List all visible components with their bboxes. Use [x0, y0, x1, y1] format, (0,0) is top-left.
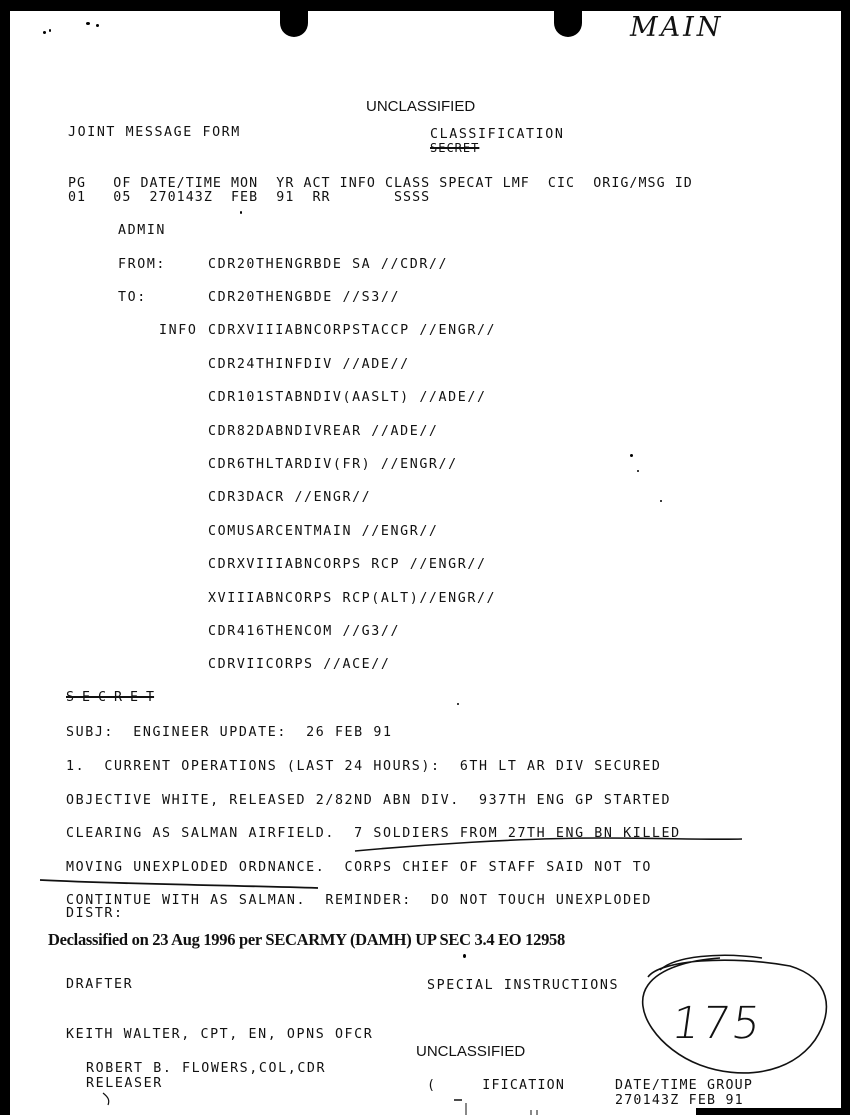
underline-stroke	[40, 880, 318, 888]
top-classification: UNCLASSIFIED	[366, 99, 475, 115]
info-label: INFO	[159, 323, 197, 338]
struck-classification: S E C R E T	[66, 690, 154, 705]
body-line: 1. CURRENT OPERATIONS (LAST 24 HOURS): 6…	[66, 759, 662, 774]
body-line: OBJECTIVE WHITE, RELEASED 2/82ND ABN DIV…	[66, 793, 671, 808]
info-recipient: XVIIIABNCORPS RCP(ALT)//ENGR//	[208, 591, 496, 606]
scan-border-top	[0, 0, 850, 11]
body-line: CLEARING AS SALMAN AIRFIELD. 7 SOLDIERS …	[66, 826, 681, 841]
info-recipient: CDR6THLTARDIV(FR) //ENGR//	[208, 457, 458, 472]
scan-border-left	[0, 0, 10, 1115]
info-recipient: CDR3DACR //ENGR//	[208, 490, 371, 505]
scan-speck	[96, 24, 99, 27]
punch-hole-right	[554, 11, 582, 37]
scan-speck	[637, 470, 639, 472]
scan-speck	[630, 454, 633, 457]
info-recipient: CDRVIICORPS //ACE//	[208, 657, 391, 672]
scan-speck	[660, 500, 662, 502]
scan-speck	[43, 31, 46, 34]
info-recipient: CDR24THINFDIV //ADE//	[208, 357, 410, 372]
info-recipient: COMUSARCENTMAIN //ENGR//	[208, 524, 439, 539]
scan-speck	[463, 954, 466, 958]
scan-speck	[457, 703, 459, 705]
scan-speck	[240, 211, 242, 214]
info-recipient: CDRXVIIIABNCORPS RCP //ENGR//	[208, 557, 487, 572]
form-title: JOINT MESSAGE FORM	[68, 125, 241, 140]
declassification-stamp: Declassified on 23 Aug 1996 per SECARMY …	[48, 931, 565, 949]
drafter-name: KEITH WALTER, CPT, EN, OPNS OFCR	[66, 1027, 373, 1042]
releaser-name: ROBERT B. FLOWERS,COL,CDR	[86, 1061, 326, 1076]
distr-label: DISTR:	[66, 906, 124, 921]
info-recipient: CDR416THENCOM //G3//	[208, 624, 400, 639]
bottom-classification: UNCLASSIFIED	[416, 1044, 525, 1060]
body-line: MOVING UNEXPLODED ORDNANCE. CORPS CHIEF …	[66, 860, 652, 875]
to-value: CDR20THENGBDE //S3//	[208, 290, 400, 305]
date-time-group-label: DATE/TIME GROUP	[615, 1078, 753, 1093]
message-field-values: 01 05 270143Z FEB 91 RR SSSS	[68, 190, 430, 205]
pen-mark	[531, 1110, 537, 1115]
scan-border-right	[841, 0, 850, 1115]
from-value: CDR20THENGRBDE SA //CDR//	[208, 257, 448, 272]
classification-label: CLASSIFICATION	[430, 127, 564, 142]
info-recipient: CDR82DABNDIVREAR //ADE//	[208, 424, 439, 439]
to-label: TO:	[118, 290, 147, 305]
releaser-label: RELEASER	[86, 1076, 163, 1091]
handwritten-page-number: 175	[668, 998, 765, 1049]
pen-mark	[103, 1093, 109, 1105]
scan-edge-bar	[696, 1108, 841, 1115]
admin-label: ADMIN	[118, 223, 166, 238]
special-instructions-label: SPECIAL INSTRUCTIONS	[427, 978, 619, 993]
from-label: FROM:	[118, 257, 166, 272]
scan-speck	[86, 22, 90, 25]
message-field-headers: PG OF DATE/TIME MON YR ACT INFO CLASS SP…	[68, 176, 693, 191]
info-recipient: CDRXVIIIABNCORPSTACCP //ENGR//	[208, 323, 496, 338]
drafter-label: DRAFTER	[66, 977, 133, 992]
scan-speck	[49, 29, 51, 32]
classification-partial: ( IFICATION	[427, 1078, 565, 1093]
info-recipient: CDR101STABNDIV(AASLT) //ADE//	[208, 390, 487, 405]
handwritten-main-label: MAIN	[630, 12, 723, 43]
subject-line: SUBJ: ENGINEER UPDATE: 26 FEB 91	[66, 725, 393, 740]
punch-hole-left	[280, 11, 308, 37]
classification-struck: SECRET	[430, 141, 479, 156]
circle-tail-stroke	[660, 955, 762, 970]
date-time-group-value: 270143Z FEB 91	[615, 1093, 744, 1108]
body-line: CONTINTUE WITH AS SALMAN. REMINDER: DO N…	[66, 893, 652, 908]
